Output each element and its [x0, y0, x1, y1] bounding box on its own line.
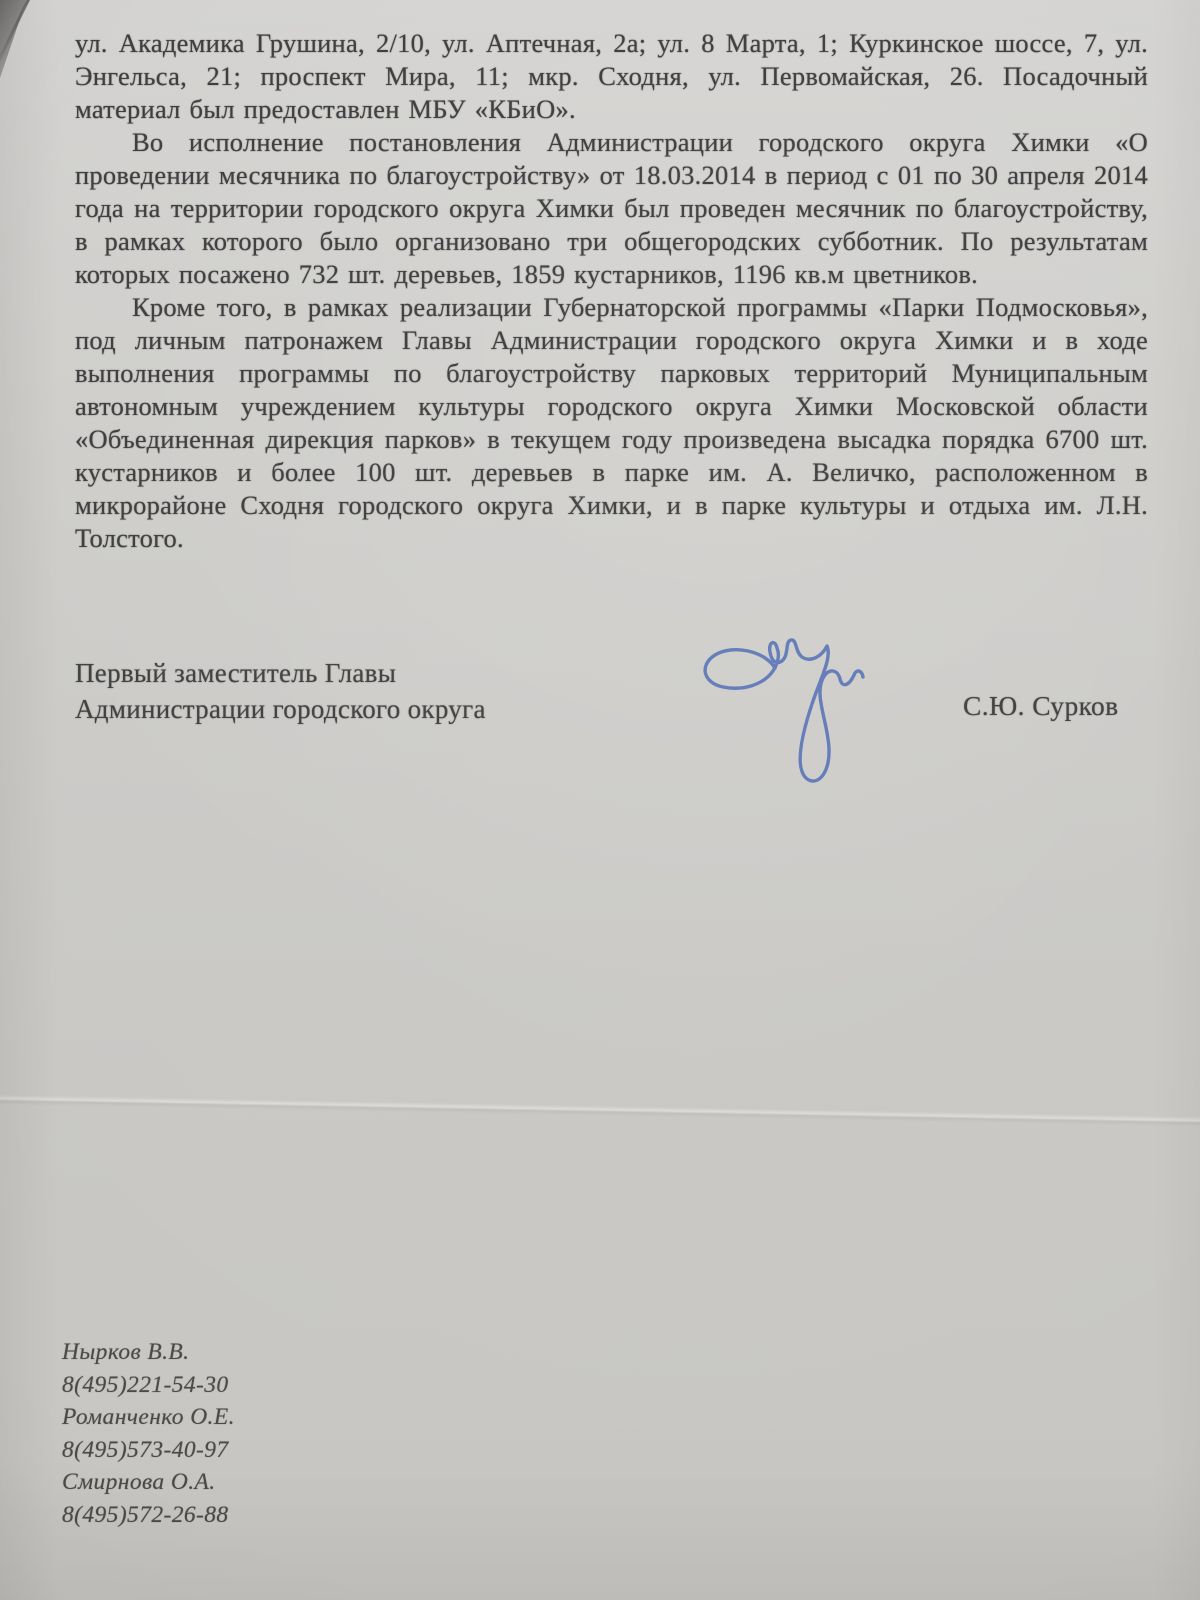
letter-fold-crease: [0, 1094, 1200, 1129]
contact-phone: 8(495)573-40-97: [62, 1434, 235, 1467]
signatory-position: Первый заместитель Главы Администрации г…: [75, 655, 486, 727]
signatory-name: С.Ю. Сурков: [963, 690, 1119, 722]
contact-name: Смирнова О.А.: [62, 1466, 235, 1499]
document-body-text: ул. Академика Грушина, 2/10, ул. Аптечна…: [75, 27, 1148, 555]
paragraph-addresses: ул. Академика Грушина, 2/10, ул. Аптечна…: [75, 27, 1148, 126]
signatory-position-line-2: Администрации городского округа: [75, 691, 486, 727]
paragraph-parks-program: Кроме того, в рамках реализации Губернат…: [75, 291, 1148, 555]
paragraph-cleanup-month: Во исполнение постановления Администраци…: [75, 126, 1148, 291]
contact-name: Нырков В.В.: [62, 1336, 235, 1369]
executor-contacts: Нырков В.В. 8(495)221-54-30 Романченко О…: [62, 1336, 235, 1531]
contact-phone: 8(495)221-54-30: [62, 1369, 235, 1402]
contact-phone: 8(495)572-26-88: [62, 1499, 235, 1532]
scanned-letter-page: ул. Академика Грушина, 2/10, ул. Аптечна…: [0, 0, 1200, 1600]
contact-name: Романченко О.Е.: [62, 1401, 235, 1434]
signatory-position-line-1: Первый заместитель Главы: [75, 655, 486, 691]
handwritten-signature-icon: [693, 608, 878, 800]
